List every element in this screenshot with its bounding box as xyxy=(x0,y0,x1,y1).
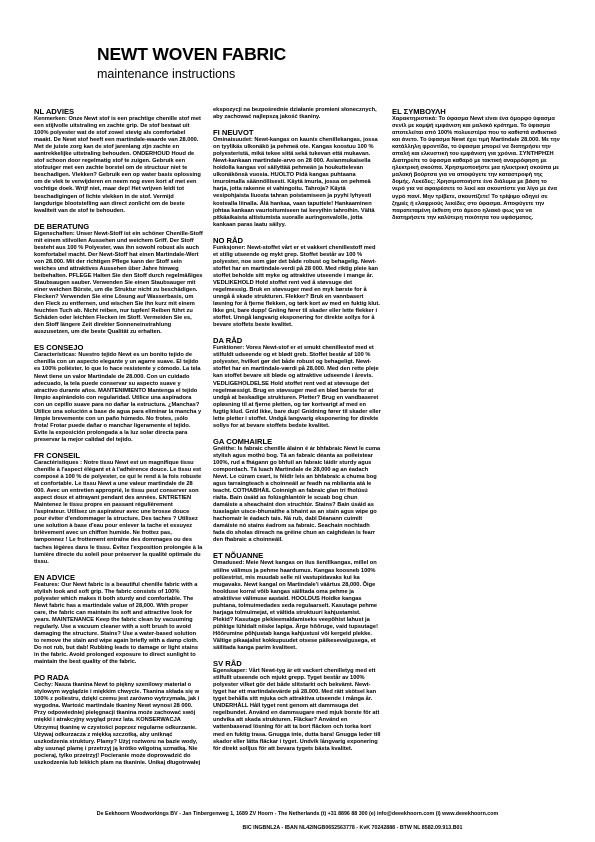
section-heading: ES CONSEJO xyxy=(34,343,203,352)
section-sv: SV RÅD Egenskaper: Vårt Newt-tyg är ett … xyxy=(213,659,382,753)
section-de: DE BERATUNG Eigenschaften: Unser Newt-St… xyxy=(34,222,203,337)
section-heading: DE BERATUNG xyxy=(34,222,203,231)
section-heading: PO RADA xyxy=(34,673,203,682)
section-da: DA RÅD Funktioner: Vores Newt-stof er et… xyxy=(213,336,382,430)
section-fr: FR CONSEIL Caractéristiques : Notre tiss… xyxy=(34,451,203,566)
section-heading: FI NEUVOT xyxy=(213,128,382,137)
section-heading: NO RÅD xyxy=(213,236,382,245)
section-body: Gnéithe: Is fabraic chenille álainn é ár… xyxy=(213,446,382,545)
footer-contact-line: De Eekhoorn Woodworkings BV - Jan Tinber… xyxy=(0,811,595,817)
section-et: ET NÕUANNE Omadused: Meie Newt kangas on… xyxy=(213,551,382,652)
section-body: Eigenschaften: Unser Newt-Stoff ist ein … xyxy=(34,231,203,337)
section-en: EN ADVICE Features: Our Newt fabric is a… xyxy=(34,573,203,667)
instructions-columns: NL ADVIES Kenmerken: Onze Newt stof is e… xyxy=(34,107,561,777)
section-es: ES CONSEJO Características: Nuestro teji… xyxy=(34,343,203,444)
section-body: Caractéristiques : Notre tissu Newt est … xyxy=(34,460,203,566)
document-subtitle: maintenance instructions xyxy=(97,67,235,81)
section-fi: FI NEUVOT Ominaisuudet: Newt-kangas on k… xyxy=(213,128,382,229)
section-heading: SV RÅD xyxy=(213,659,382,668)
section-body: Egenskaper: Vårt Newt-tyg är ett vackert… xyxy=(213,668,382,753)
section-heading: NL ADVIES xyxy=(34,107,203,116)
section-body: Features: Our Newt fabric is a beautiful… xyxy=(34,582,203,667)
section-heading: EN ADVICE xyxy=(34,573,203,582)
section-body: Ominaisuudet: Newt-kangas on kaunis chen… xyxy=(213,137,382,229)
section-no: NO RÅD Funksjoner: Newt-stoffet vårt er … xyxy=(213,236,382,330)
section-heading: ET NÕUANNE xyxy=(213,551,382,560)
section-heading: DA RÅD xyxy=(213,336,382,345)
section-body: Kenmerken: Onze Newt stof is een prachti… xyxy=(34,116,203,215)
section-el: EL ΣΥΜΒΟΥΛΗ Χαρακτηριστικά: Το ύφασμα Ne… xyxy=(392,107,561,222)
section-body: Funksjoner: Newt-stoffet vårt er et vakk… xyxy=(213,245,382,330)
document-title: NEWT WOVEN FABRIC xyxy=(97,44,286,65)
section-body: Omadused: Meie Newt kangas on ilus šenil… xyxy=(213,560,382,652)
section-heading: GA COMHAIRLE xyxy=(213,437,382,446)
section-body: Funktioner: Vores Newt-stof er et smukt … xyxy=(213,345,382,430)
section-ga: GA COMHAIRLE Gnéithe: Is fabraic chenill… xyxy=(213,437,382,545)
footer-registration-line: BIC INGBNL2A - IBAN NL42INGB0652563778 -… xyxy=(110,825,595,831)
section-body: Características: Nuestro tejido Newt es … xyxy=(34,352,203,444)
section-nl: NL ADVIES Kenmerken: Onze Newt stof is e… xyxy=(34,107,203,215)
section-heading: FR CONSEIL xyxy=(34,451,203,460)
section-heading: EL ΣΥΜΒΟΥΛΗ xyxy=(392,107,561,116)
section-body: Χαρακτηριστικά: Το ύφασμα Newt είναι ένα… xyxy=(392,116,561,222)
